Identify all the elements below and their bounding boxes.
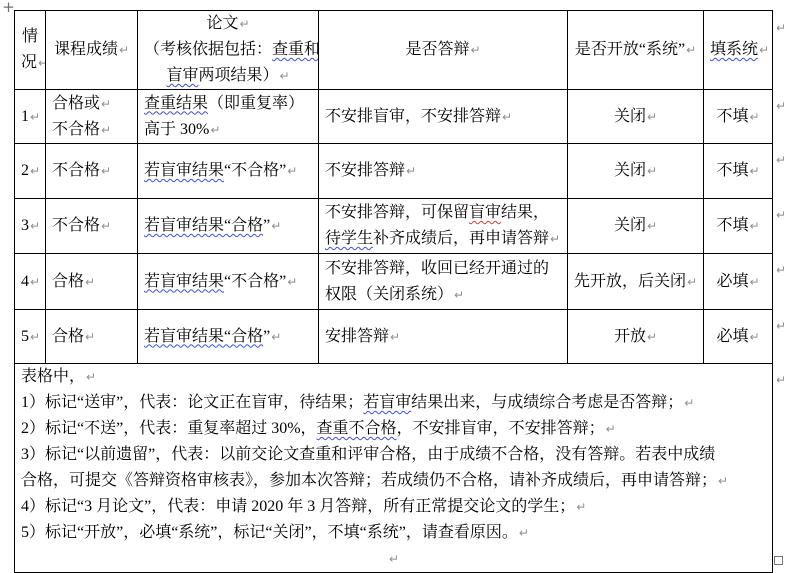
paragraph-mark-icon: ↵ <box>85 275 95 289</box>
cell-text-line: 查重结果（即重复率） <box>144 91 312 117</box>
paragraph-mark-icon: ↵ <box>684 396 694 410</box>
paragraph-mark-icon: ↵ <box>647 110 657 124</box>
text-segment: 关闭 <box>614 217 646 234</box>
text-segment: 1 <box>21 108 29 125</box>
cell-r4-c4[interactable]: 不安排答辩，收回已经开通过的权限（关闭系统）↵ <box>319 254 568 310</box>
cell-text-line: 合格↵ <box>52 269 131 295</box>
text-segment: 不合格 <box>52 121 100 138</box>
text-segment: 补齐成绩后，再申请答辩 <box>373 230 549 247</box>
text-segment: （即重复率） <box>208 95 304 112</box>
cell-text-line: 5）标记“开放”，必填“系统”，标记“关闭”，不填“系统”，请查看原因。↵ <box>21 520 766 546</box>
paragraph-mark-icon: ↵ <box>470 43 480 57</box>
table-row-3: 3↵不合格↵若盲审结果“合格”↵不安排答辩，可保留盲审结果，待学生补齐成绩后，再… <box>15 199 773 254</box>
text-segment: 必填 <box>716 328 748 345</box>
paragraph-mark-icon: ↵ <box>210 123 220 137</box>
cell-text-line: 课程成绩↵ <box>52 37 131 63</box>
paragraph-mark-icon: ↵ <box>390 330 400 344</box>
text-segment: 情 <box>22 28 38 45</box>
paragraph-mark-icon: ↵ <box>519 526 529 540</box>
paragraph-mark-icon: ↵ <box>30 219 40 233</box>
table-row-5: 5↵合格↵若盲审结果“合格”↵安排答辩↵开放↵必填↵ <box>15 310 773 364</box>
cell-r4-c2[interactable]: 合格↵ <box>46 254 138 310</box>
paragraph-mark-icon: ↵ <box>271 219 281 233</box>
cell-r4-c1[interactable]: 4↵ <box>15 254 46 310</box>
text-segment-wavy-blue: 若盲审结果 <box>144 273 224 290</box>
cell-r4-c5[interactable]: 先开放，后关闭↵ <box>568 254 704 310</box>
cell-r2-c4[interactable]: 不安排答辩↵ <box>319 144 568 199</box>
paragraph-mark-icon: ↵ <box>271 330 281 344</box>
cell-text-line: 不安排答辩↵ <box>325 158 561 184</box>
text-segment: 表格中， <box>21 368 85 385</box>
text-segment-wavy-blue: 若盲审 <box>363 394 411 411</box>
text-segment: 是否答辩 <box>405 41 469 58</box>
paragraph-mark-icon: ↵ <box>576 500 586 514</box>
cell-text-line: 况↵ <box>21 50 39 76</box>
text-segment: 1）标记“送审”，代表：论文正在盲审，待结果； <box>21 394 363 411</box>
thesis-defense-status-table: 情况↵课程成绩↵论文↵（考核依据包括：查重和盲审两项结果）↵是否答辩↵是否开放“… <box>14 10 773 573</box>
paragraph-mark-icon: ↵ <box>101 164 111 178</box>
table-notes-row: 表格中，↵1）标记“送审”，代表：论文正在盲审，待结果；若盲审结果出来，与成绩综… <box>15 364 773 573</box>
cell-r3-c6[interactable]: 不填↵ <box>704 199 773 254</box>
cell-r1-c6[interactable]: 不填↵ <box>704 90 773 144</box>
text-segment: 不填 <box>716 108 748 125</box>
paragraph-mark-icon: ↵ <box>30 110 40 124</box>
cell-text-line: 不安排答辩，收回已经开通过的 <box>325 256 561 282</box>
header-cell-c4[interactable]: 是否答辩↵ <box>319 11 568 90</box>
text-segment: 合格，可提交《答辩资格审核表》，参加本次答辩；若成绩仍不合格，请补齐成绩后，再申… <box>21 472 717 489</box>
cell-text-line: 必填↵ <box>710 269 766 295</box>
row-end-mark-icon: ↵ <box>776 22 786 34</box>
paragraph-mark-icon: ↵ <box>287 164 297 178</box>
text-segment: 合格或 <box>52 95 100 112</box>
cell-r2-c1[interactable]: 2↵ <box>15 144 46 199</box>
text-segment: 是否开放“系统” <box>575 41 685 58</box>
notes-cell[interactable]: 表格中，↵1）标记“送审”，代表：论文正在盲审，待结果；若盲审结果出来，与成绩综… <box>15 364 773 573</box>
row-end-mark-icon: ↵ <box>776 320 786 332</box>
cell-text-line: 不合格↵ <box>52 117 131 143</box>
text-segment: 5 <box>21 328 29 345</box>
paragraph-mark-icon: ↵ <box>749 330 759 344</box>
text-segment: 3）标记“以前遗留”，代表：以前交论文查重和评审合格，由于成绩不合格，没有答辩。… <box>21 446 715 463</box>
paragraph-mark-icon: ↵ <box>101 97 111 111</box>
paragraph-mark-icon: ↵ <box>647 219 657 233</box>
cell-text-line: 必填↵ <box>710 324 766 350</box>
header-cell-c2[interactable]: 课程成绩↵ <box>46 11 138 90</box>
word-document-page: + 情况↵课程成绩↵论文↵（考核依据包括：查重和盲审两项结果）↵是否答辩↵是否开… <box>0 0 788 573</box>
cell-r5-c3[interactable]: 若盲审结果“合格”↵ <box>138 310 319 364</box>
text-segment-wavy-blue: 待学生 <box>325 230 373 247</box>
header-cell-c1[interactable]: 情况↵ <box>15 11 46 90</box>
cell-text-line: 权限（关闭系统）↵ <box>325 282 561 308</box>
cell-text-line: 2↵ <box>21 158 39 184</box>
paragraph-mark-icon: ↵ <box>287 275 297 289</box>
text-segment: （考核依据包括： <box>144 41 272 58</box>
cell-text-line: 是否答辩↵ <box>325 37 561 63</box>
text-segment: 不合格 <box>52 217 100 234</box>
text-segment: 2 <box>21 162 29 179</box>
text-segment: 不安排答辩，收回已经开通过的 <box>325 260 549 277</box>
text-segment: 4）标记“3 月论文”，代表：申请 2020 年 3 月答辩，所有正常提交论文的… <box>21 498 575 515</box>
cell-text-line: 填系统↵ <box>710 37 766 63</box>
text-segment: 先开放，后关闭 <box>574 273 686 290</box>
cell-text-line: 论文↵ <box>144 11 312 37</box>
cell-text-line: 1↵ <box>21 104 39 130</box>
paragraph-mark-icon: ↵ <box>502 110 512 124</box>
text-segment: 权限（关闭系统） <box>325 286 453 303</box>
cell-text-line: 开放↵ <box>574 324 697 350</box>
text-segment: ，不安排盲审，不安排答辩； <box>397 420 605 437</box>
text-segment: 3 <box>21 217 29 234</box>
text-segment: 4 <box>21 273 29 290</box>
cell-r3-c5[interactable]: 关闭↵ <box>568 199 704 254</box>
cell-text-line: 先开放，后关闭↵ <box>574 269 697 295</box>
text-segment: 两项结果） <box>198 67 278 84</box>
cell-r5-c6[interactable]: 必填↵ <box>704 310 773 364</box>
text-segment: 安排答辩 <box>325 328 389 345</box>
cell-text-line: 5↵ <box>21 324 39 350</box>
cell-r3-c1[interactable]: 3↵ <box>15 199 46 254</box>
paragraph-mark-icon: ↵ <box>687 275 697 289</box>
text-segment-wavy-blue: 若盲审结果 <box>144 162 224 179</box>
text-segment: 不安排盲审，不安排答辩 <box>325 108 501 125</box>
cell-r1-c1[interactable]: 1↵ <box>15 90 46 144</box>
cell-r5-c5[interactable]: 开放↵ <box>568 310 704 364</box>
cell-text-line: ↵ <box>21 546 766 572</box>
cell-text-line: 合格，可提交《答辩资格审核表》，参加本次答辩；若成绩仍不合格，请补齐成绩后，再申… <box>21 468 766 494</box>
row-end-mark-icon: ↵ <box>776 209 786 221</box>
paragraph-mark-icon: ↵ <box>239 17 249 31</box>
end-of-document-square-icon <box>774 556 783 565</box>
text-segment-wavy-blue: 若盲审结果“合格 <box>144 217 263 234</box>
cell-text-line: 表格中，↵ <box>21 364 766 390</box>
cell-r5-c1[interactable]: 5↵ <box>15 310 46 364</box>
cell-text-line: 高于 30%↵ <box>144 117 312 143</box>
text-segment-wavy-red: 盲审 <box>469 204 501 221</box>
cell-r2-c6[interactable]: 不填↵ <box>704 144 773 199</box>
text-segment-wavy-blue: 查重结果 <box>144 95 208 112</box>
cell-text-line: 3）标记“以前遗留”，代表：以前交论文查重和评审合格，由于成绩不合格，没有答辩。… <box>21 442 766 468</box>
cell-r1-c3[interactable]: 查重结果（即重复率）高于 30%↵ <box>138 90 319 144</box>
header-cell-c6[interactable]: 填系统↵ <box>704 11 773 90</box>
paragraph-mark-icon: ↵ <box>647 164 657 178</box>
cell-text-line: 不合格↵ <box>52 213 131 239</box>
paragraph-mark-icon: ↵ <box>85 330 95 344</box>
text-segment-wavy-blue: 查重不合格 <box>317 420 397 437</box>
paragraph-mark-icon: ↵ <box>749 275 759 289</box>
text-segment: 不填 <box>716 217 748 234</box>
paragraph-mark-icon: ↵ <box>119 43 129 57</box>
cell-text-line: 合格或↵ <box>52 91 131 117</box>
text-segment: 高于 30% <box>144 121 209 138</box>
cell-text-line: 2）标记“不送”，代表：重复率超过 30%，查重不合格，不安排盲审，不安排答辩；… <box>21 416 766 442</box>
cell-text-line: 情 <box>21 24 39 50</box>
cell-r1-c2[interactable]: 合格或↵不合格↵ <box>46 90 138 144</box>
paragraph-mark-icon: ↵ <box>389 552 399 566</box>
cell-text-line: 盲审两项结果）↵ <box>144 63 312 89</box>
cell-r2-c3[interactable]: 若盲审结果“不合格”↵ <box>138 144 319 199</box>
paragraph-mark-icon: ↵ <box>38 56 45 70</box>
paragraph-mark-icon: ↵ <box>749 219 759 233</box>
paragraph-mark-icon: ↵ <box>101 219 111 233</box>
text-segment: 课程成绩 <box>54 41 118 58</box>
paragraph-mark-icon: ↵ <box>718 474 728 488</box>
paragraph-mark-icon: ↵ <box>749 164 759 178</box>
cell-text-line: 是否开放“系统”↵ <box>574 37 697 63</box>
cell-text-line: 不安排答辩，可保留盲审结果， <box>325 200 561 226</box>
paragraph-mark-icon: ↵ <box>30 330 40 344</box>
row-end-mark-icon: ↵ <box>776 154 786 166</box>
cell-text-line: 关闭↵ <box>574 158 697 184</box>
cell-text-line: 关闭↵ <box>574 213 697 239</box>
cell-text-line: 不填↵ <box>710 158 766 184</box>
text-segment: 论文 <box>206 15 238 32</box>
paragraph-mark-icon: ↵ <box>30 275 40 289</box>
table-header-row: 情况↵课程成绩↵论文↵（考核依据包括：查重和盲审两项结果）↵是否答辩↵是否开放“… <box>15 11 773 90</box>
cell-text-line: 合格↵ <box>52 324 131 350</box>
paragraph-mark-icon: ↵ <box>686 43 696 57</box>
cell-text-line: 安排答辩↵ <box>325 324 561 350</box>
cell-r2-c2[interactable]: 不合格↵ <box>46 144 138 199</box>
table-row-2: 2↵不合格↵若盲审结果“不合格”↵不安排答辩↵关闭↵不填↵ <box>15 144 773 199</box>
text-segment: 不填 <box>716 162 748 179</box>
cell-text-line: （考核依据包括：查重和 <box>144 37 312 63</box>
paragraph-mark-icon: ↵ <box>86 370 96 384</box>
text-segment: ” <box>263 217 270 234</box>
text-segment: 2）标记“不送”，代表：重复率超过 30%， <box>21 420 317 437</box>
cell-text-line: 4）标记“3 月论文”，代表：申请 2020 年 3 月答辩，所有正常提交论文的… <box>21 494 766 520</box>
cell-text-line: 不填↵ <box>710 104 766 130</box>
text-segment: “不合格” <box>224 162 286 179</box>
text-segment: 5）标记“开放”，必填“系统”，标记“关闭”，不填“系统”，请查看原因。 <box>21 524 518 541</box>
header-cell-c3[interactable]: 论文↵（考核依据包括：查重和盲审两项结果）↵ <box>138 11 319 90</box>
text-segment-wavy-blue: 填系统 <box>710 41 758 58</box>
text-segment: 不安排答辩 <box>325 162 405 179</box>
paragraph-mark-icon: ↵ <box>749 110 759 124</box>
cell-text-line: 3↵ <box>21 213 39 239</box>
cell-r5-c2[interactable]: 合格↵ <box>46 310 138 364</box>
cell-text-line: 若盲审结果“合格”↵ <box>144 213 312 239</box>
paragraph-mark-icon: ↵ <box>606 422 616 436</box>
text-segment: 况 <box>21 54 37 71</box>
text-segment: 开放 <box>614 328 646 345</box>
text-segment-wavy-blue: 查重和 <box>272 41 318 58</box>
cell-text-line: 4↵ <box>21 269 39 295</box>
text-segment-wavy-blue: 若盲审结果“合格 <box>144 328 263 345</box>
row-end-mark-icon: ↵ <box>776 264 786 276</box>
cell-r5-c4[interactable]: 安排答辩↵ <box>319 310 568 364</box>
cell-text-line: 不合格↵ <box>52 158 131 184</box>
cell-r3-c3[interactable]: 若盲审结果“合格”↵ <box>138 199 319 254</box>
text-segment: 合格 <box>52 328 84 345</box>
paragraph-mark-icon: ↵ <box>647 330 657 344</box>
cell-text-line: 若盲审结果“不合格”↵ <box>144 269 312 295</box>
paragraph-mark-icon: ↵ <box>101 123 111 137</box>
cell-r1-c4[interactable]: 不安排盲审，不安排答辩↵ <box>319 90 568 144</box>
paragraph-mark-icon: ↵ <box>759 43 769 57</box>
table-row-4: 4↵合格↵若盲审结果“不合格”↵不安排答辩，收回已经开通过的权限（关闭系统）↵先… <box>15 254 773 310</box>
cell-r3-c2[interactable]: 不合格↵ <box>46 199 138 254</box>
cell-text-line: 不填↵ <box>710 213 766 239</box>
paragraph-mark-icon: ↵ <box>454 288 464 302</box>
cell-r2-c5[interactable]: 关闭↵ <box>568 144 704 199</box>
text-segment: 必填 <box>716 273 748 290</box>
text-segment: ” <box>263 328 270 345</box>
text-segment: 关闭 <box>614 162 646 179</box>
text-segment: 结果， <box>501 204 549 221</box>
row-end-mark-icon: ↵ <box>776 100 786 112</box>
table-row-1: 1↵合格或↵不合格↵查重结果（即重复率）高于 30%↵不安排盲审，不安排答辩↵关… <box>15 90 773 144</box>
header-cell-c5[interactable]: 是否开放“系统”↵ <box>568 11 704 90</box>
cell-text-line: 若盲审结果“不合格”↵ <box>144 158 312 184</box>
cell-text-line: 若盲审结果“合格”↵ <box>144 324 312 350</box>
text-segment: 关闭 <box>614 108 646 125</box>
cell-text-line: 1）标记“送审”，代表：论文正在盲审，待结果；若盲审结果出来，与成绩综合考虑是否… <box>21 390 766 416</box>
cell-r1-c5[interactable]: 关闭↵ <box>568 90 704 144</box>
text-segment: 不合格 <box>52 162 100 179</box>
paragraph-mark-icon: ↵ <box>30 164 40 178</box>
paragraph-mark-icon: ↵ <box>550 232 560 246</box>
text-segment-wavy-blue: 盲审 <box>166 67 198 84</box>
text-segment: “不合格” <box>224 273 286 290</box>
cell-r4-c6[interactable]: 必填↵ <box>704 254 773 310</box>
text-segment: 不安排答辩，可保留 <box>325 204 469 221</box>
cell-r4-c3[interactable]: 若盲审结果“不合格”↵ <box>138 254 319 310</box>
cell-text-line: 待学生补齐成绩后，再申请答辩↵ <box>325 226 561 252</box>
cell-text-line: 不安排盲审，不安排答辩↵ <box>325 104 561 130</box>
paragraph-mark-icon: ↵ <box>279 69 289 83</box>
row-end-mark-icon: ↵ <box>776 374 786 386</box>
cell-r3-c4[interactable]: 不安排答辩，可保留盲审结果，待学生补齐成绩后，再申请答辩↵ <box>319 199 568 254</box>
paragraph-mark-icon: ↵ <box>406 164 416 178</box>
cell-text-line: 关闭↵ <box>574 104 697 130</box>
text-segment: 结果出来，与成绩综合考虑是否答辩； <box>411 394 683 411</box>
text-segment: 合格 <box>52 273 84 290</box>
